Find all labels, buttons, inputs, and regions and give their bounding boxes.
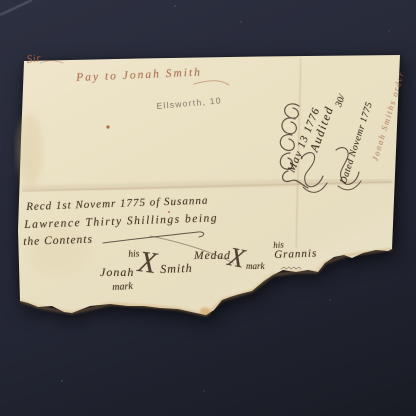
fold-crease-horizontal-shade (22, 180, 392, 189)
witness-right-mark-word: mark (246, 261, 265, 271)
salutation-text: Sir (26, 52, 42, 66)
paper-stain-left (17, 114, 43, 186)
foxing-dot-1 (106, 125, 109, 128)
receipt-line-3: the Contents (23, 234, 93, 248)
pay-line-tail-flourish (194, 81, 229, 85)
witness-left-mark-word: mark (112, 281, 133, 293)
witness-right-last-name: Grannis (274, 247, 317, 260)
contents-dash-flourish (103, 232, 204, 243)
witness-left-first-name: Jonah (100, 265, 134, 280)
tear-edge-pen-scribble (281, 267, 301, 269)
witness-left-x-mark: X (136, 247, 158, 279)
photo-background: Sir Pay to Jonah Smith Ellsworth, 10 Jon… (0, 0, 416, 416)
torn-edge-scorch-spot (200, 308, 210, 315)
witness-left-last-name: Smith (160, 261, 193, 277)
witness-right-first-name: Medad (194, 250, 231, 262)
mat-corner-streak (0, 0, 32, 15)
foxing-dot-2 (168, 211, 170, 213)
salutation-tail-flourish (40, 61, 63, 63)
